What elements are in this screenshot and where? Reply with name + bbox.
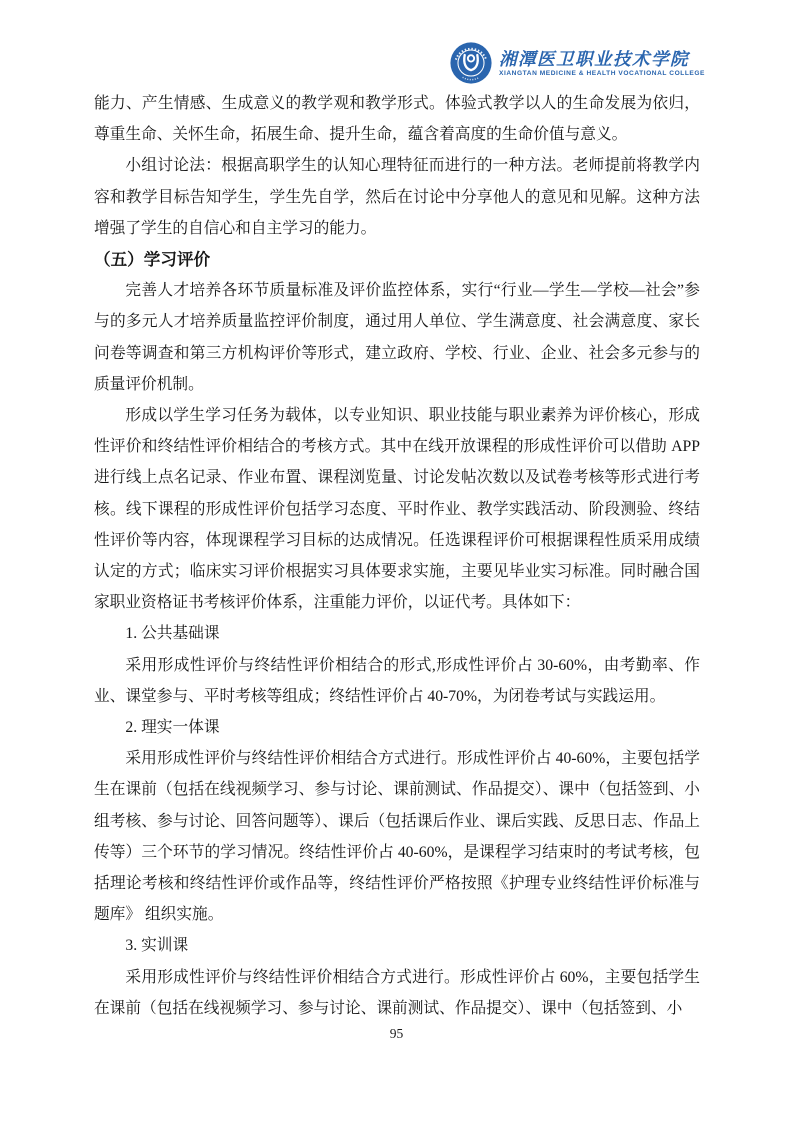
paragraph: 采用形成性评价与终结性评价相结合方式进行。形成性评价占 40-60%，主要包括学… [94, 743, 700, 930]
college-name-zh: 湘潭医卫职业技术学院 [499, 49, 705, 69]
section-heading: （五）学习评价 [94, 244, 700, 275]
college-name-block: 湘潭医卫职业技术学院 XIANGTAN MEDICINE & HEALTH VO… [499, 49, 705, 78]
document-page: 湘潭医卫职业技术学院 XIANGTAN MEDICINE & HEALTH VO… [0, 0, 793, 1122]
page-number: 95 [0, 1026, 793, 1042]
list-item-heading: 2. 理实一体课 [94, 712, 700, 743]
paragraph: 形成以学生学习任务为载体，以专业知识、职业技能与职业素养为评价核心，形成性评价和… [94, 400, 700, 618]
college-logo: 湘潭医卫职业技术学院 XIANGTAN MEDICINE & HEALTH VO… [450, 42, 705, 84]
document-content: 能力、产生情感、生成意义的教学观和教学形式。体验式教学以人的生命发展为依归，尊重… [94, 88, 700, 1024]
paragraph: 采用形成性评价与终结性评价相结合方式进行。形成性评价占 60%，主要包括学生在课… [94, 962, 700, 1024]
paragraph: 小组讨论法：根据高职学生的认知心理特征而进行的一种方法。老师提前将教学内容和教学… [94, 150, 700, 244]
paragraph: 采用形成性评价与终结性评价相结合的形式,形成性评价占 30-60%，由考勤率、作… [94, 650, 700, 712]
college-name-en: XIANGTAN MEDICINE & HEALTH VOCATIONAL CO… [499, 69, 705, 78]
college-seal-icon [450, 42, 492, 84]
list-item-heading: 3. 实训课 [94, 930, 700, 961]
paragraph: 完善人才培养各环节质量标准及评价监控体系，实行“行业—学生—学校—社会”参与的多… [94, 275, 700, 400]
paragraph-continuation: 能力、产生情感、生成意义的教学观和教学形式。体验式教学以人的生命发展为依归，尊重… [94, 88, 700, 150]
list-item-heading: 1. 公共基础课 [94, 618, 700, 649]
